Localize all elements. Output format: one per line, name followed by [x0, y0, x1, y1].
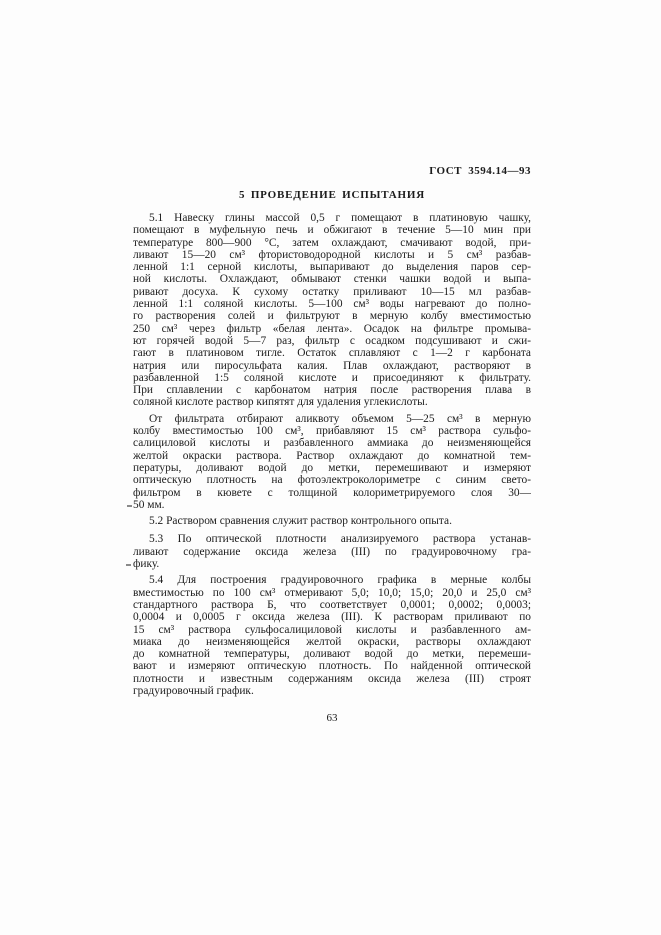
text-line: ной кислоты. Охлаждают, обмывают стенки … [133, 273, 531, 285]
text-line: плотности и известным содержаниям оксида… [133, 673, 531, 685]
document-page: ГОСТ 3594.14—93 5 ПРОВЕДЕНИЕ ИСПЫТАНИЯ 5… [0, 0, 661, 935]
text-line: оптическую плотность на фотоэлектроколор… [133, 474, 531, 486]
text-line: ливают содержание оксида железа (III) по… [133, 546, 531, 558]
text-line: натрия или пиросульфата калия. Плав охла… [133, 360, 531, 372]
text-line: салициловой кислоты и разбавленного амми… [133, 437, 531, 449]
text-line: пературы, доливают водой до метки, перем… [133, 462, 531, 474]
gost-standard-number: ГОСТ 3594.14—93 [133, 165, 531, 177]
text-line: 5.1 Навеску глины массой 0,5 г помещают … [133, 212, 531, 224]
text-line: желтой окраски раствора. Раствор охлажда… [133, 450, 531, 462]
text-line: гают в платиновом тигле. Остаток сплавля… [133, 347, 531, 359]
text-line: 0,0004 и 0,0005 г оксида железа (III). К… [133, 611, 531, 623]
text-line: помещают в муфельную печь и обжигают в т… [133, 224, 531, 236]
text-line: соляной кислоте раствор кипятят для удал… [133, 396, 531, 408]
text-line: При сплавлении с карбонатом натрия после… [133, 384, 531, 396]
paragraph-filtrate: От фильтрата отбирают аликвоту объемом 5… [133, 413, 531, 511]
text-line: 5.3 По оптической плотности анализируемо… [133, 533, 531, 545]
text-line: ленной 1:1 серной кислоты, выпаривают до… [133, 261, 531, 273]
paragraph-5-4: 5.4 Для построения градуировочного графи… [133, 574, 531, 697]
section-title: 5 ПРОВЕДЕНИЕ ИСПЫТАНИЯ [133, 189, 531, 201]
text-line: разбавленной 1:5 соляной кислоте и присо… [133, 372, 531, 384]
scan-artifact-dash [126, 564, 131, 566]
text-line: го растворения солей и фильтруют в мерну… [133, 310, 531, 322]
text-line: От фильтрата отбирают аликвоту объемом 5… [133, 413, 531, 425]
document-body: 5.1 Навеску глины массой 0,5 г помещают … [133, 212, 531, 697]
text-line: ривают досуха. К сухому остатку приливаю… [133, 286, 531, 298]
text-line: вместимостью по 100 см³ отмеривают 5,0; … [133, 587, 531, 599]
text-line: 5.4 Для построения градуировочного графи… [133, 574, 531, 586]
scan-artifact-dash [127, 505, 132, 507]
text-line: фильтром в кювете с толщиной колориметри… [133, 487, 531, 499]
text-line: 15 см³ раствора сульфосалициловой кислот… [133, 624, 531, 636]
text-line: миака до неизменяющейся желтой окраски, … [133, 636, 531, 648]
paragraph-5-3: 5.3 По оптической плотности анализируемо… [133, 533, 531, 570]
text-line: ливают 15—20 см³ фтористоводородной кисл… [133, 249, 531, 261]
paragraph-5-2: 5.2 Раствором сравнения служит раствор к… [133, 515, 531, 527]
text-line: колбу вместимостью 100 см³, прибавляют 1… [133, 425, 531, 437]
text-line: ют горячей водой 5—7 раз, фильтр с осадк… [133, 335, 531, 347]
text-line: стандартного раствора Б, что соответству… [133, 599, 531, 611]
text-line: фику. [133, 558, 531, 570]
text-line: градуировочный график. [133, 685, 531, 697]
text-line: температуре 800—900 °С, затем охлаждают,… [133, 237, 531, 249]
text-line: 50 мм. [133, 499, 531, 511]
text-line: до комнатной температуры, доливают водой… [133, 648, 531, 660]
paragraph-5-1: 5.1 Навеску глины массой 0,5 г помещают … [133, 212, 531, 409]
text-line: 5.2 Раствором сравнения служит раствор к… [133, 515, 531, 527]
text-line: ленной 1:1 соляной кислоты. 5—100 см³ во… [133, 298, 531, 310]
page-number: 63 [133, 712, 531, 724]
text-line: вают и измеряют оптическую плотность. По… [133, 660, 531, 672]
text-line: 250 см³ через фильтр «белая лента». Осад… [133, 323, 531, 335]
